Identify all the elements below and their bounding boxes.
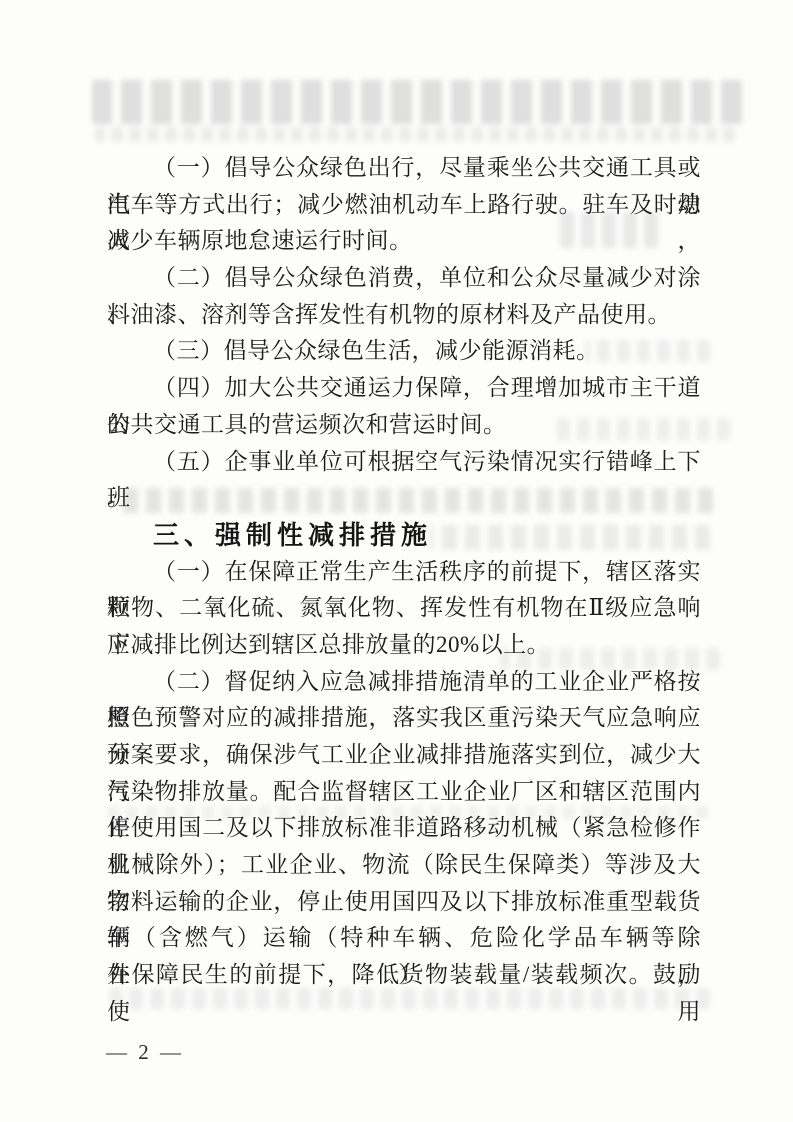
text-line: 辆（含燃气）运输（特种车辆、危险化学品车辆等除外）， [107, 920, 701, 957]
text-line: 污染物排放量。配合监督辖区工业企业厂区和辖区范围内停 [107, 774, 701, 811]
text-line: 下减排比例达到辖区总排放量的20%以上。 [107, 627, 701, 664]
bleedthrough-artifact [95, 127, 735, 142]
text-line: 、油漆、溶剂等含挥发性有机物的原材料及产品使用。 [107, 297, 701, 334]
text-line: 汽车等方式出行；减少燃油机动车上路行驶。驻车及时熄火， [107, 187, 701, 224]
text-line: （一）倡导公众绿色出行，尽量乘坐公共交通工具或电动 [107, 150, 701, 187]
bleedthrough-artifact [92, 80, 742, 124]
text-line: （一）在保障正常生产生活秩序的前提下，辖区落实颗 [107, 554, 701, 591]
text-line: （二）倡导公众绿色消费，单位和公众尽量减少对涂料 [107, 260, 701, 297]
text-line: （二）督促纳入应急减排措施清单的工业企业严格按照 [107, 664, 701, 701]
scanned-document-page: （一）倡导公众绿色出行，尽量乘坐公共交通工具或电动 汽车等方式出行；减少燃油机动… [0, 0, 793, 1122]
text-line: 在保障民生的前提下，降低货物装载量/装载频次。鼓励使用 [107, 957, 701, 994]
text-line: 机械除外）；工业企业、物流（除民生保障类）等涉及大宗 [107, 847, 701, 884]
text-line: 物料运输的企业，停止使用国四及以下排放标准重型载货车 [107, 884, 701, 921]
text-line: （三）倡导公众绿色生活，减少能源消耗。 [107, 333, 701, 370]
page-number: — 2 — [106, 1040, 184, 1065]
text-line: 粒物、二氧化硫、氮氧化物、挥发性有机物在Ⅱ级应急响应 [107, 590, 701, 627]
text-line: （五）企事业单位可根据空气污染情况实行错峰上下班 [107, 444, 701, 481]
text-line: （四）加大公共交通运力保障，合理增加城市主干道的 [107, 370, 701, 407]
text-line: 公共交通工具的营运频次和营运时间。 [107, 407, 701, 444]
text-line: 。 [107, 480, 701, 517]
section-heading: 三、强制性减排措施 [107, 517, 701, 554]
text-line: 止使用国二及以下排放标准非道路移动机械（紧急检修作业 [107, 810, 701, 847]
document-body: （一）倡导公众绿色出行，尽量乘坐公共交通工具或电动 汽车等方式出行；减少燃油机动… [107, 150, 701, 994]
text-line: 预案要求，确保涉气工业企业减排措施落实到位，减少大气 [107, 737, 701, 774]
text-line: 橙色预警对应的减排措施，落实我区重污染天气应急响应分 [107, 700, 701, 737]
